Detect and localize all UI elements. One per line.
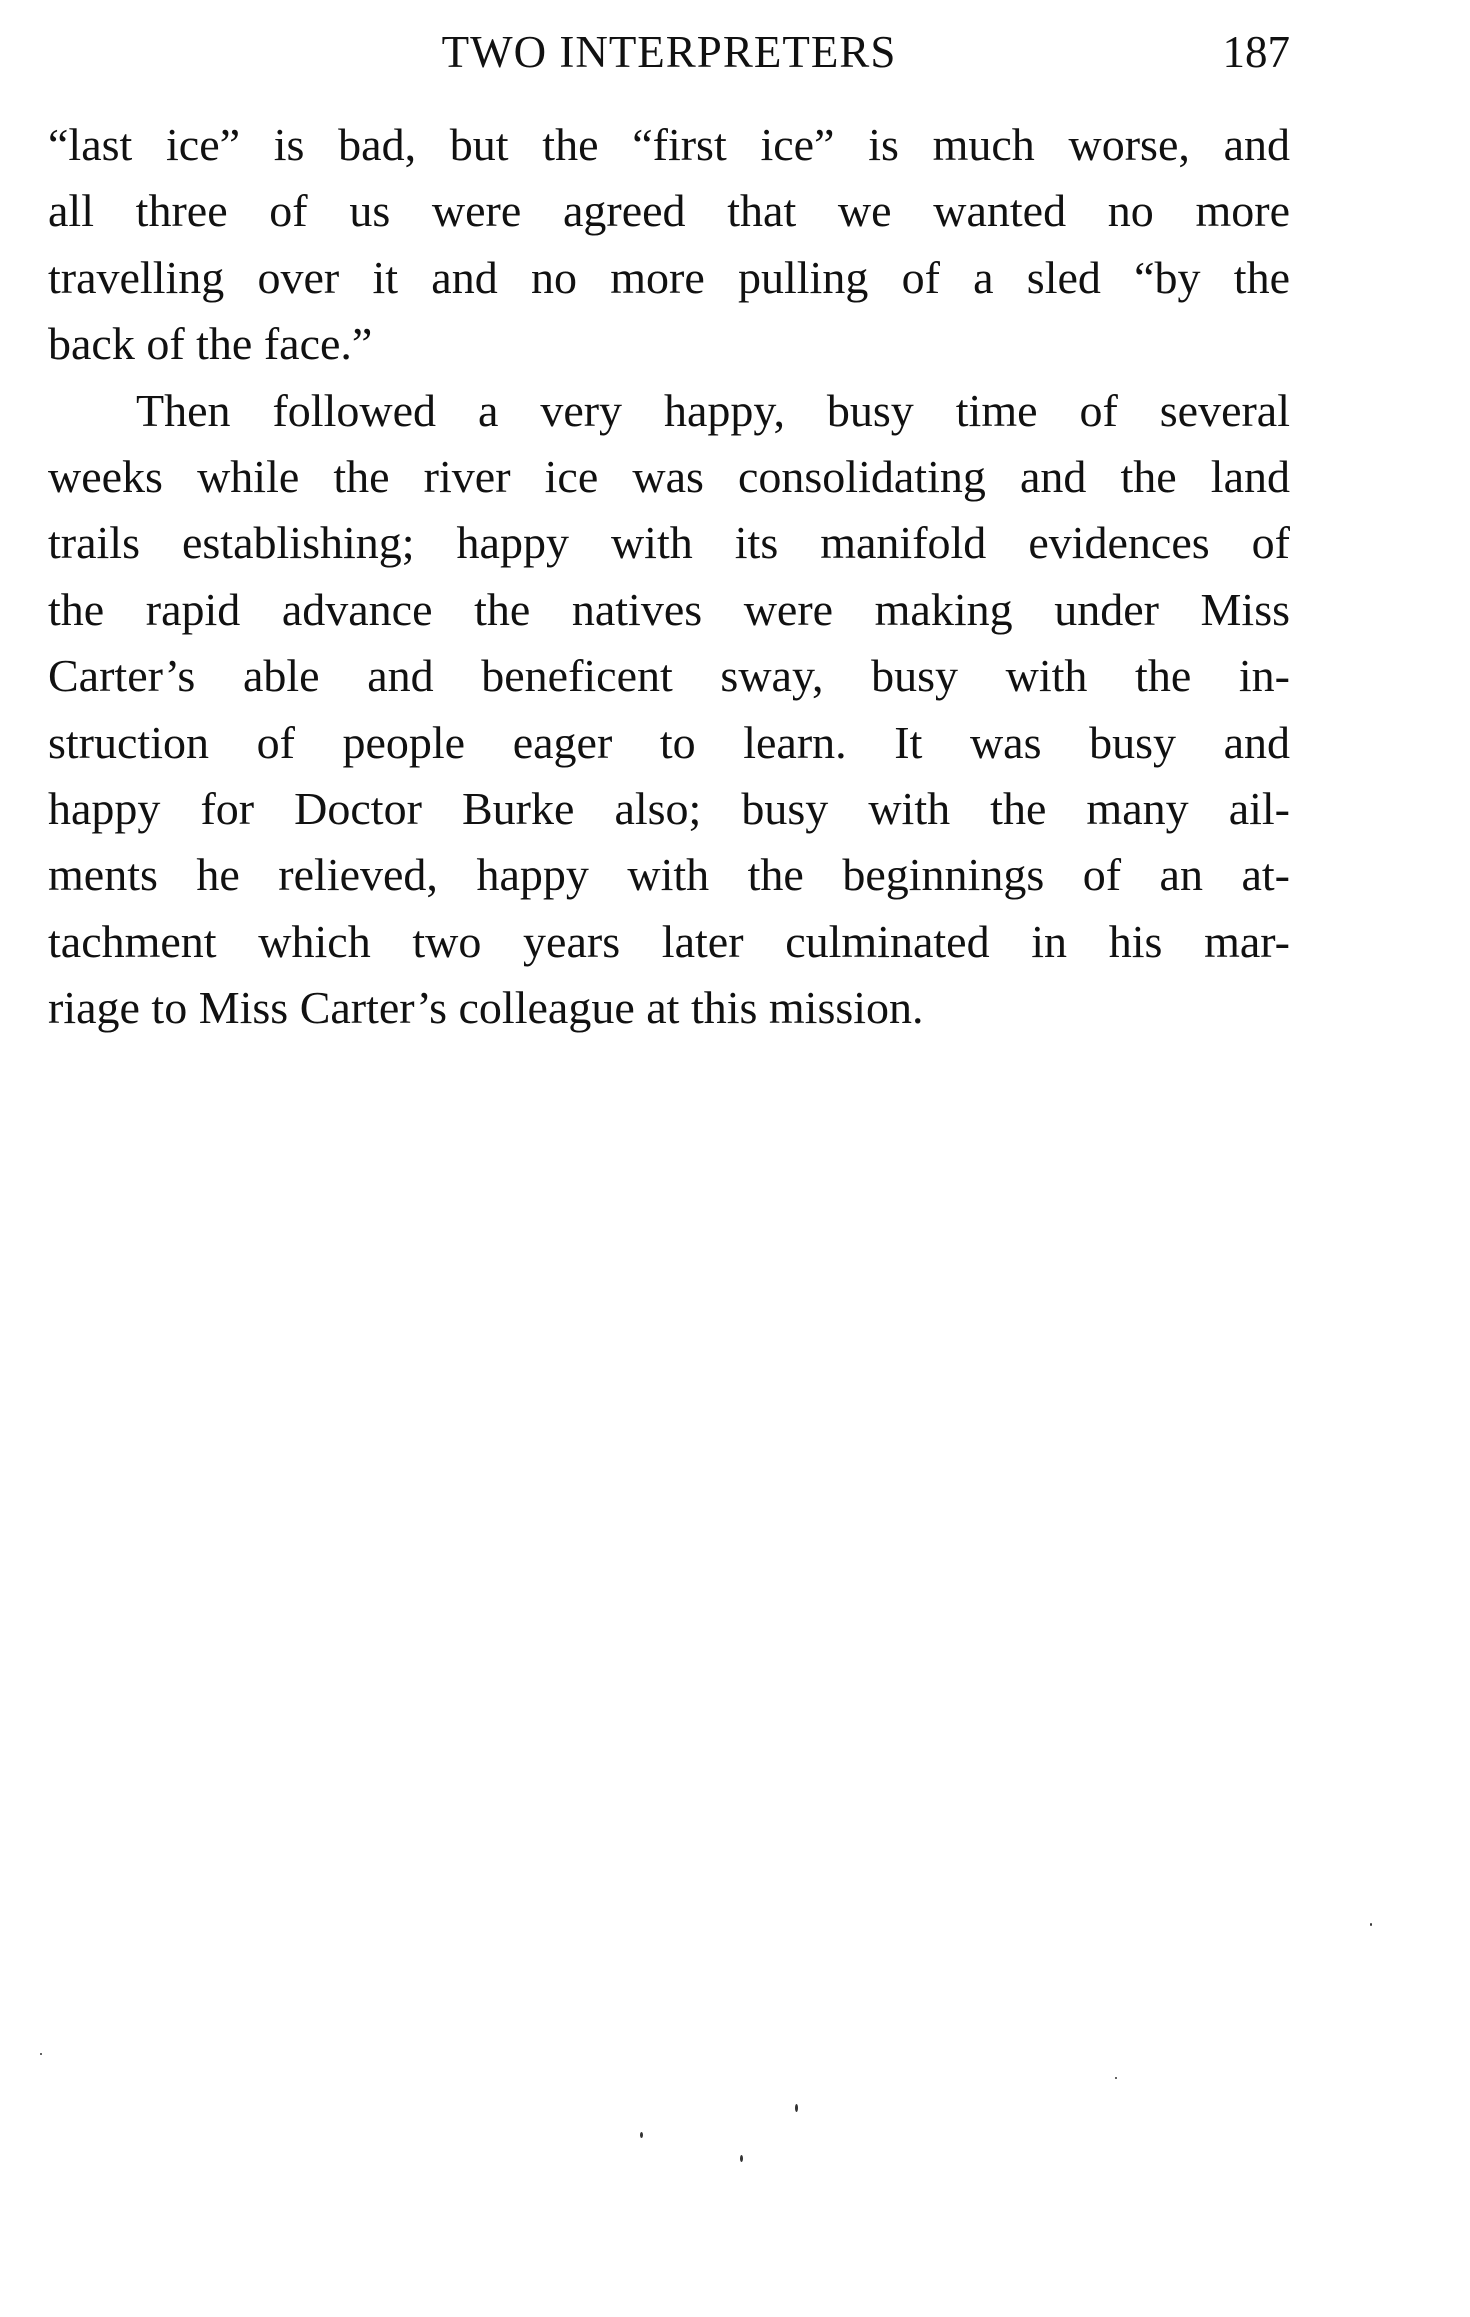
text-line: happy for Doctor Burke also; busy with t… [48, 776, 1290, 842]
scan-speck [1115, 2077, 1117, 2079]
text-line: Carter’s able and beneficent sway, busy … [48, 643, 1290, 709]
text-line: ments he relieved, happy with the beginn… [48, 842, 1290, 908]
text-line: weeks while the river ice was consolidat… [48, 444, 1290, 510]
text-line: trails establishing; happy with its mani… [48, 510, 1290, 576]
text-line: back of the face.” [48, 311, 1290, 377]
text-line: all three of us were agreed that we want… [48, 178, 1290, 244]
text-line: travelling over it and no more pulling o… [48, 245, 1290, 311]
text-line: “last ice” is bad, but the “first ice” i… [48, 112, 1290, 178]
book-page: TWO INTERPRETERS 187 “last ice” is bad, … [0, 0, 1470, 2317]
page-number: 187 [1223, 22, 1291, 82]
scan-speck [40, 2053, 42, 2055]
paragraph-1: “last ice” is bad, but the “first ice” i… [48, 112, 1290, 378]
body-text: “last ice” is bad, but the “first ice” i… [48, 112, 1290, 1042]
paragraph-2: Then followed a very happy, busy time of… [48, 378, 1290, 1042]
scan-speck [795, 2104, 798, 2112]
text-line: tachment which two years later culminate… [48, 909, 1290, 975]
text-line: Then followed a very happy, busy time of… [48, 378, 1290, 444]
running-title: TWO INTERPRETERS [48, 22, 1290, 82]
text-line: the rapid advance the natives were makin… [48, 577, 1290, 643]
scan-speck [1370, 1923, 1372, 1926]
running-head: TWO INTERPRETERS 187 [48, 22, 1290, 82]
scan-speck [640, 2132, 643, 2138]
text-line: struction of people eager to learn. It w… [48, 710, 1290, 776]
scan-speck [740, 2155, 743, 2162]
text-line: riage to Miss Carter’s colleague at this… [48, 975, 1290, 1041]
